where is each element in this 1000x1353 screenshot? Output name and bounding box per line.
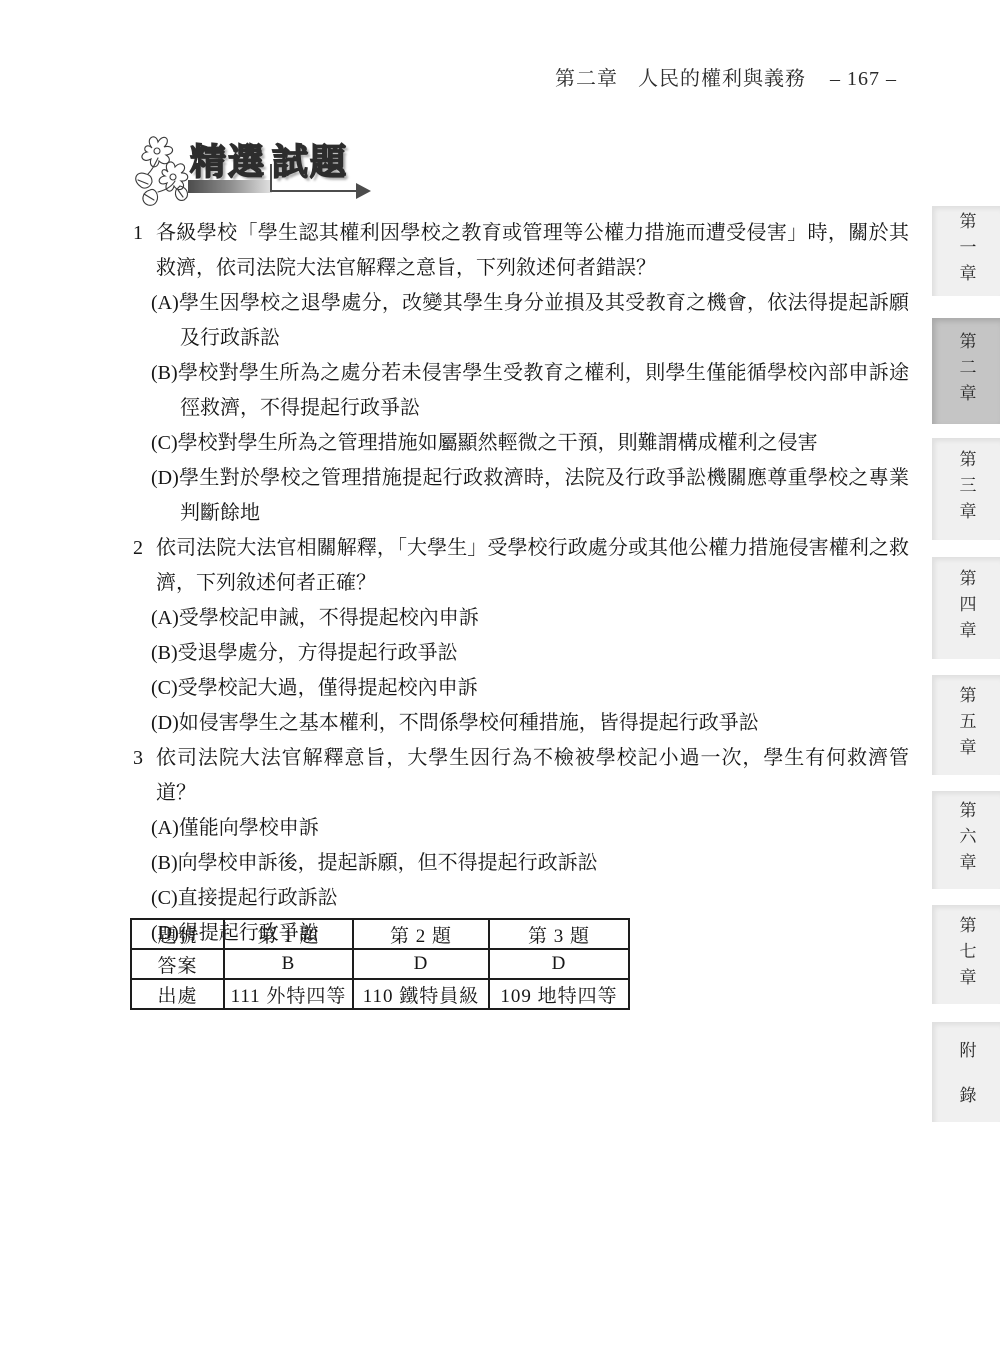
option-text: 如侵害學生之基本權利，不問係學校何種措施，皆得提起行政爭訟	[179, 712, 759, 734]
page-header: 第二章 人民的權利與義務 – 167 –	[555, 62, 897, 91]
option-a: (A)受學校記申誡，不得提起校內申訴	[151, 601, 909, 636]
option-c: (C)學校對學生所為之管理措施如屬顯然輕微之干預，則難謂構成權利之侵害	[151, 426, 909, 461]
question-number: 3	[133, 741, 155, 776]
header-title: 人民的權利與義務	[638, 62, 806, 91]
chapter-tab-sidebar: 第一章 第二章 第三章 第四章 第五章 第六章 第七章 附錄	[932, 0, 1000, 1353]
table-cell: 第 2 題	[353, 919, 489, 949]
option-text: 向學校申訴後，提起訴願，但不得提起行政訴訟	[178, 852, 598, 874]
tab-label: 第一章	[954, 212, 979, 290]
option-label: (C)	[151, 432, 178, 454]
question-number: 1	[133, 216, 155, 251]
header-page-number: – 167 –	[830, 68, 897, 91]
sidebar-tab-chapter-6: 第六章	[932, 791, 1000, 889]
table-cell: 109 地特四等	[489, 979, 629, 1009]
option-text: 直接提起行政訴訟	[178, 887, 338, 909]
option-text: 受學校記大過，僅得提起校內申訴	[178, 677, 478, 699]
banner-arrow-corner	[270, 164, 272, 192]
option-label: (B)	[151, 852, 178, 874]
option-label: (A)	[151, 607, 179, 629]
question-list: 1 各級學校「學生認其權利因學校之教育或管理等公權力措施而遭受侵害」時，關於其救…	[133, 216, 909, 951]
question-item-2: 2 依司法院大法官相關解釋，「大學生」受學校行政處分或其他公權力措施侵害權利之救…	[133, 531, 909, 741]
option-text: 學生因學校之退學處分，改變其學生身分並損及其受教育之機會，依法得提起訴願及行政訴…	[179, 292, 909, 349]
sidebar-tab-chapter-5: 第五章	[932, 675, 1000, 775]
sidebar-tab-chapter-7: 第七章	[932, 905, 1000, 1004]
table-cell: 題號	[131, 919, 224, 949]
option-a: (A)僅能向學校申訴	[151, 811, 909, 846]
arrow-right-icon	[356, 183, 371, 199]
table-cell: D	[489, 949, 629, 979]
table-row-answer: 答案 B D D	[131, 949, 629, 979]
question-item-1: 1 各級學校「學生認其權利因學校之教育或管理等公權力措施而遭受侵害」時，關於其救…	[133, 216, 909, 531]
option-text: 僅能向學校申訴	[179, 817, 319, 839]
table-cell: 110 鐵特員級	[353, 979, 489, 1009]
sidebar-tab-chapter-4: 第四章	[932, 557, 1000, 659]
option-label: (B)	[151, 642, 178, 664]
sidebar-tab-chapter-2: 第二章	[932, 318, 1000, 424]
tab-label: 第五章	[954, 686, 979, 764]
book-page: 第二章 人民的權利與義務 – 167 – 精選 試題	[0, 0, 1000, 1353]
tab-label: 附錄	[954, 1041, 979, 1131]
table-cell: 答案	[131, 949, 224, 979]
table-cell: 第 3 題	[489, 919, 629, 949]
option-d: (D)如侵害學生之基本權利，不問係學校何種措施，皆得提起行政爭訟	[151, 706, 909, 741]
table-cell: D	[353, 949, 489, 979]
sidebar-tab-chapter-3: 第三章	[932, 438, 1000, 540]
option-c: (C)受學校記大過，僅得提起校內申訴	[151, 671, 909, 706]
option-d: (D)學生對於學校之管理措施提起行政救濟時，法院及行政爭訟機關應尊重學校之專業判…	[151, 461, 909, 531]
header-chapter: 第二章	[555, 62, 618, 91]
option-a: (A)學生因學校之退學處分，改變其學生身分並損及其受教育之機會，依法得提起訴願及…	[151, 286, 909, 356]
banner-title-part1: 精選	[190, 134, 266, 185]
option-b: (B)受退學處分，方得提起行政爭訟	[151, 636, 909, 671]
question-text: 依司法院大法官解釋意旨，大學生因行為不檢被學校記小過一次，學生有何救濟管道？	[156, 741, 909, 811]
tab-label: 第三章	[954, 450, 979, 528]
option-text: 學生對於學校之管理措施提起行政救濟時，法院及行政爭訟機關應尊重學校之專業判斷餘地	[179, 467, 909, 524]
table-row-question-number: 題號 第 1 題 第 2 題 第 3 題	[131, 919, 629, 949]
question-text: 依司法院大法官相關解釋，「大學生」受學校行政處分或其他公權力措施侵害權利之救濟，…	[156, 531, 909, 601]
option-text: 學校對學生所為之管理措施如屬顯然輕微之干預，則難謂構成權利之侵害	[178, 432, 818, 454]
option-label: (A)	[151, 817, 179, 839]
table-cell: 第 1 題	[224, 919, 353, 949]
option-label: (D)	[151, 467, 179, 489]
question-number: 2	[133, 531, 155, 566]
option-label: (C)	[151, 677, 178, 699]
option-text: 受退學處分，方得提起行政爭訟	[178, 642, 458, 664]
answer-key-table: 題號 第 1 題 第 2 題 第 3 題 答案 B D D 出處 111 外特四…	[130, 918, 630, 1010]
table-cell: 111 外特四等	[224, 979, 353, 1009]
sidebar-tab-appendix: 附錄	[932, 1022, 1000, 1122]
flower-icon	[130, 128, 192, 208]
option-label: (D)	[151, 712, 179, 734]
question-text: 各級學校「學生認其權利因學校之教育或管理等公權力措施而遭受侵害」時，關於其救濟，…	[156, 216, 909, 286]
option-b: (B)向學校申訴後，提起訴願，但不得提起行政訴訟	[151, 846, 909, 881]
banner-title-part2: 試題	[272, 134, 348, 185]
option-text: 學校對學生所為之處分若未侵害學生受教育之權利，則學生僅能循學校內部申訴途徑救濟，…	[178, 362, 909, 419]
tab-label: 第七章	[954, 916, 979, 994]
table-cell: B	[224, 949, 353, 979]
option-c: (C)直接提起行政訴訟	[151, 881, 909, 916]
tab-label: 第六章	[954, 801, 979, 879]
banner-arrow-line	[270, 190, 356, 192]
option-b: (B)學校對學生所為之處分若未侵害學生受教育之權利，則學生僅能循學校內部申訴途徑…	[151, 356, 909, 426]
option-label: (C)	[151, 887, 178, 909]
banner-gradient-bar	[188, 180, 272, 193]
table-cell: 出處	[131, 979, 224, 1009]
option-label: (A)	[151, 292, 179, 314]
tab-label: 第四章	[954, 569, 979, 647]
section-banner: 精選 試題	[130, 126, 390, 210]
option-text: 受學校記申誡，不得提起校內申訴	[179, 607, 479, 629]
table-row-source: 出處 111 外特四等 110 鐵特員級 109 地特四等	[131, 979, 629, 1009]
tab-label: 第二章	[954, 332, 979, 410]
sidebar-tab-chapter-1: 第一章	[932, 206, 1000, 296]
option-label: (B)	[151, 362, 178, 384]
